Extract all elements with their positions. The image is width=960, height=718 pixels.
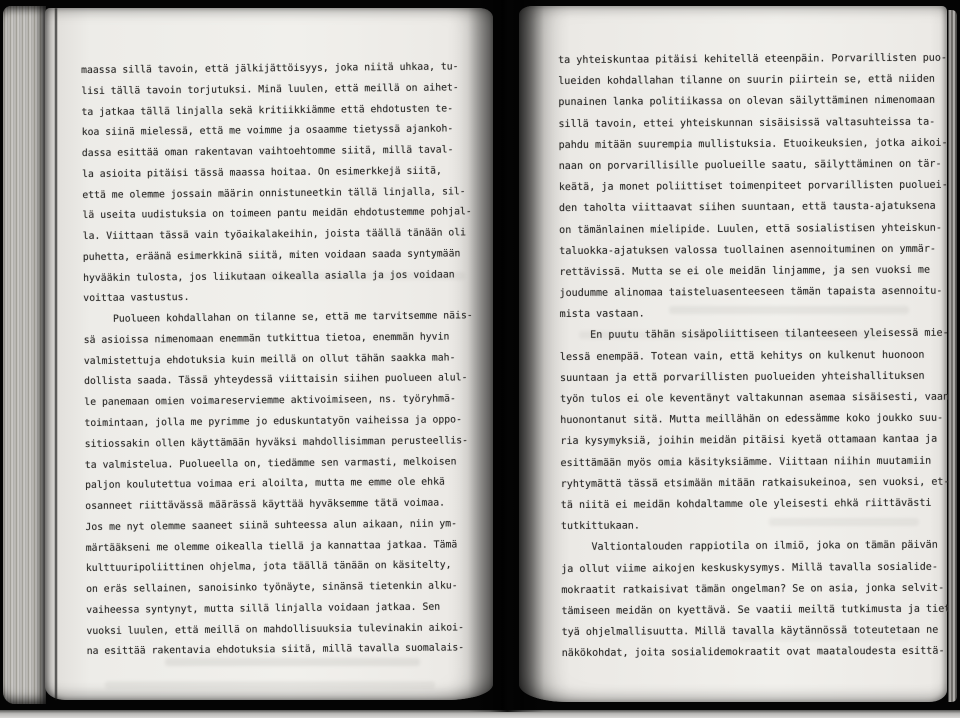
bleed-through-mark <box>739 633 909 641</box>
text-line: huonontanut sitä. Mutta meillähän on ede… <box>560 408 955 432</box>
text-line: näkökohdat, joita sosialidemokraatit ova… <box>562 641 957 665</box>
bleed-through-mark <box>769 518 919 526</box>
bleed-through-mark <box>105 681 435 689</box>
bleed-through-mark <box>165 658 420 666</box>
text-line: ja ollut viime aikojen keskuskysymys. Mi… <box>561 556 956 580</box>
text-line: naan on porvarillisille puolueille saatu… <box>559 154 954 178</box>
text-line: lueiden kohdallahan tilanne on suurin pi… <box>558 69 953 93</box>
scanner-bed-strip <box>0 710 960 718</box>
text-line: suuntaan ja että porvarillisten puolueid… <box>560 365 955 389</box>
right-page-text: ta yhteiskuntaa pitäisi kehitellä eteenp… <box>558 48 957 665</box>
text-line: ria kysymyksiä, joihin meidän pitäisi ky… <box>560 429 955 453</box>
text-line: on tämänlainen mielipide. Luulen, että s… <box>559 217 954 241</box>
text-line: sillä tavoin, ettei yhteiskunnan sisäisi… <box>558 111 953 135</box>
bleed-through-mark <box>235 272 465 280</box>
text-line: taluokka-ajatuksen valossa tuollainen as… <box>559 238 954 262</box>
text-line: tämiseen meidän on kyettävä. Se vaatii m… <box>561 598 956 622</box>
text-line: ta yhteiskuntaa pitäisi kehitellä eteenp… <box>558 48 953 72</box>
text-line: mokraatit ratkaisivat tämän ongelman? Se… <box>561 577 956 601</box>
text-line: joudumme alinomaa taisteluasenteeseen tä… <box>559 281 954 305</box>
bleed-through-mark <box>579 331 879 339</box>
text-line: ryhtymättä tässä etsimään mitään ratkais… <box>561 471 956 495</box>
text-line: Valtiontalouden rappiotila on ilmiö, jok… <box>561 535 956 559</box>
text-line: rettävissä. Mutta se ei ole meidän linja… <box>559 259 954 283</box>
text-line: esittämään myös omia käsityksiämme. Viit… <box>560 450 955 474</box>
text-line: lessä enempää. Totean vain, että kehitys… <box>560 344 955 368</box>
text-line: keätä, ja monet poliittiset toimenpiteet… <box>559 175 954 199</box>
page-edge-line <box>55 8 57 700</box>
text-line: den taholta viittaavat siihen suuntaan, … <box>559 196 954 220</box>
book-right-page: ta yhteiskuntaa pitäisi kehitellä eteenp… <box>519 6 947 702</box>
book-page-edges-right <box>948 10 957 702</box>
left-page-text: maassa sillä tavoin, että jälkijättöisyy… <box>81 57 476 663</box>
scanned-book-screenshot: { "colors":{ "background":"#040404", "pa… <box>0 0 960 718</box>
text-line: työn tulos ei ole keventänyt valtakunnan… <box>560 387 955 411</box>
text-line: pahdu mitään suurempia mullistuksia. Etu… <box>559 132 954 156</box>
text-line: tä niitä ei meidän kohdaltamme ole yleis… <box>561 493 956 517</box>
book-page-edges-left <box>3 6 46 704</box>
text-line: punainen lanka politiikassa on olevan sä… <box>558 90 953 114</box>
book-left-page: maassa sillä tavoin, että jälkijättöisyy… <box>45 8 493 700</box>
bleed-through-mark <box>669 306 909 314</box>
